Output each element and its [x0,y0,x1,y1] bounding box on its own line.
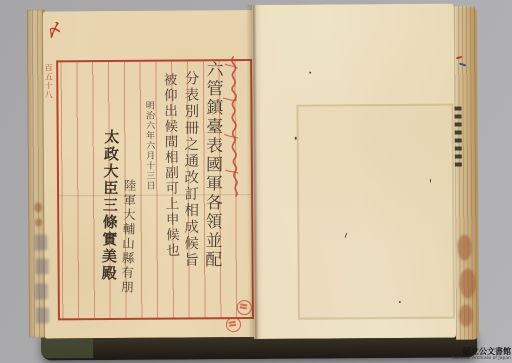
right-page [252,4,456,339]
edge-stain [459,304,473,326]
faded-stamp [36,307,49,323]
center-gutter-shadow [246,5,263,339]
margin-page-number: 百五十八 [43,63,54,99]
red-check-mark: 〆 [44,18,65,43]
red-cursive-annotation [219,54,246,200]
date-column: 明治六年六月十三日 [143,101,153,197]
left-page: 百五十八 〆 六管鎮臺表國軍各領並配 分表別冊之通改訂相成候旨 被仰出候間相副可… [43,10,255,338]
paper-speck [295,137,297,140]
open-book: 百五十八 〆 六管鎮臺表國軍各領並配 分表別冊之通改訂相成候旨 被仰出候間相副可… [27,3,479,359]
paper-speck [309,72,311,74]
ink-bleed-smudge [34,202,42,212]
show-through-impression [296,104,454,320]
scanned-document-photo: 百五十八 〆 六管鎮臺表國軍各領並配 分表別冊之通改訂相成候旨 被仰出候間相副可… [0,0,512,363]
watermark-subtitle: National Archives of Japan [452,356,511,362]
faded-stamp [34,234,47,250]
signature-column: 陸軍大輔山縣有朋 [120,179,137,307]
paper-speck [399,301,401,303]
text-column-2: 分表別冊之通改訂相成候旨 [182,70,198,300]
faded-stamp [35,283,48,299]
edge-stain [460,268,476,298]
ink-bleed-smudge [35,218,42,226]
text-column-1: 六管鎮臺表國軍各領並配 [201,60,221,308]
text-column-3: 被仰出候間相副可上申候也 [161,72,179,298]
paper-speck [430,179,431,183]
addressee-column: 太政大臣三條實美殿 [100,129,119,287]
faded-stamp [36,258,49,274]
watermark-title: 国立公文書館 [452,347,511,356]
fore-edge-page-stack [454,6,479,339]
edge-stain [457,234,471,260]
archive-watermark: 国立公文書館 National Archives of Japan [452,347,511,362]
edge-stamp-marks [454,107,461,167]
